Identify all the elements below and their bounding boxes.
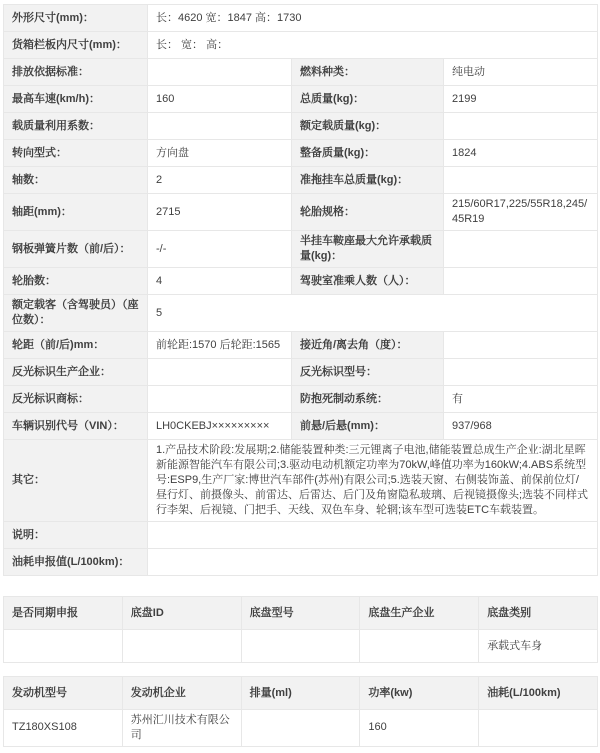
- spec-value: 长：4620 宽：1847 高：1730: [148, 5, 598, 32]
- table-row: 说明：: [4, 522, 598, 549]
- spec-value: 2: [148, 167, 292, 194]
- table-row: 轮距（前/后)mm： 前轮距:1570 后轮距:1565 接近角/离去角（度）：: [4, 332, 598, 359]
- spec-label: 轮距（前/后)mm：: [4, 332, 148, 359]
- table-cell: 苏州汇川技术有限公司: [122, 710, 241, 747]
- table-row: TZ180XS108 苏州汇川技术有限公司 160: [4, 710, 598, 747]
- spec-label: 轮胎数：: [4, 268, 148, 295]
- spec-value: 160: [148, 86, 292, 113]
- spec-value: [148, 59, 292, 86]
- spec-value: 长： 宽： 高：: [148, 32, 598, 59]
- spec-label: 前悬/后悬(mm)：: [292, 413, 444, 440]
- spec-value: [148, 549, 598, 576]
- table-row: 承载式车身: [4, 630, 598, 663]
- spec-label: 其它：: [4, 440, 148, 522]
- table-row: 轴距(mm)： 2715 轮胎规格： 215/60R17,225/55R18,2…: [4, 194, 598, 231]
- spec-label: 总质量(kg)：: [292, 86, 444, 113]
- vehicle-spec-table: 外形尺寸(mm)： 长：4620 宽：1847 高：1730 货箱栏板内尺寸(m…: [3, 4, 598, 576]
- vehicle-announcement-page: 外形尺寸(mm)： 长：4620 宽：1847 高：1730 货箱栏板内尺寸(m…: [0, 0, 600, 753]
- spec-value: 5: [148, 295, 598, 332]
- spec-label: 轴距(mm)：: [4, 194, 148, 231]
- spec-label: 钢板弹簧片数（前/后）：: [4, 231, 148, 268]
- table-header-row: 发动机型号 发动机企业 排量(ml) 功率(kw) 油耗(L/100km): [4, 677, 598, 710]
- table-cell: [122, 630, 241, 663]
- spec-label: 说明：: [4, 522, 148, 549]
- spec-label: 额定载质量(kg)：: [292, 113, 444, 140]
- table-row: 排放依据标准： 燃料种类： 纯电动: [4, 59, 598, 86]
- spec-label: 半挂车鞍座最大允许承载质量(kg)：: [292, 231, 444, 268]
- spec-value: [444, 231, 598, 268]
- spec-label: 防抱死制动系统：: [292, 386, 444, 413]
- spec-value: [148, 522, 598, 549]
- spec-value: -/-: [148, 231, 292, 268]
- spec-value-other: 1.产品技术阶段:发展期;2.储能装置种类:三元锂离子电池,储能装置总成生产企业…: [148, 440, 598, 522]
- table-row: 额定载客（含驾驶员）（座位数）： 5: [4, 295, 598, 332]
- spec-label: 反光标识商标：: [4, 386, 148, 413]
- table-row: 油耗申报值(L/100km)：: [4, 549, 598, 576]
- spec-label: 轴数：: [4, 167, 148, 194]
- engine-table: 发动机型号 发动机企业 排量(ml) 功率(kw) 油耗(L/100km) TZ…: [3, 676, 598, 747]
- spec-label: 最高车速(km/h)：: [4, 86, 148, 113]
- column-header: 发动机企业: [122, 677, 241, 710]
- table-cell: [360, 630, 479, 663]
- spec-label: 燃料种类：: [292, 59, 444, 86]
- table-cell: TZ180XS108: [4, 710, 123, 747]
- column-header: 功率(kw): [360, 677, 479, 710]
- column-header: 发动机型号: [4, 677, 123, 710]
- spec-label: 载质量利用系数：: [4, 113, 148, 140]
- spec-value: 2715: [148, 194, 292, 231]
- spec-label: 油耗申报值(L/100km)：: [4, 549, 148, 576]
- column-header: 底盘生产企业: [360, 597, 479, 630]
- spec-label: 反光标识生产企业：: [4, 359, 148, 386]
- spec-value: [444, 359, 598, 386]
- spec-label: 排放依据标准：: [4, 59, 148, 86]
- table-row: 其它： 1.产品技术阶段:发展期;2.储能装置种类:三元锂离子电池,储能装置总成…: [4, 440, 598, 522]
- table-cell: [241, 710, 360, 747]
- spec-label: 外形尺寸(mm)：: [4, 5, 148, 32]
- column-header: 是否同期申报: [4, 597, 123, 630]
- spec-value: 有: [444, 386, 598, 413]
- spec-label: 接近角/离去角（度）：: [292, 332, 444, 359]
- spec-label: 车辆识别代号（VIN）：: [4, 413, 148, 440]
- table-row: 轮胎数： 4 驾驶室准乘人数（人）：: [4, 268, 598, 295]
- spec-value-vin: LH0CKEBJ×××××××××: [148, 413, 292, 440]
- spec-value: 937/968: [444, 413, 598, 440]
- spec-value: 1824: [444, 140, 598, 167]
- spec-value: 215/60R17,225/55R18,245/45R19: [444, 194, 598, 231]
- spec-value: [148, 359, 292, 386]
- spec-label: 货箱栏板内尺寸(mm)：: [4, 32, 148, 59]
- spec-label: 准拖挂车总质量(kg)：: [292, 167, 444, 194]
- table-cell: [479, 710, 598, 747]
- spec-value: [444, 113, 598, 140]
- column-header: 底盘ID: [122, 597, 241, 630]
- spec-value: [444, 268, 598, 295]
- spec-value: 前轮距:1570 后轮距:1565: [148, 332, 292, 359]
- spec-value: 2199: [444, 86, 598, 113]
- table-row: 反光标识商标： 防抱死制动系统： 有: [4, 386, 598, 413]
- table-cell: 承载式车身: [479, 630, 598, 663]
- column-header: 底盘类别: [479, 597, 598, 630]
- spec-value: [444, 167, 598, 194]
- table-row: 外形尺寸(mm)： 长：4620 宽：1847 高：1730: [4, 5, 598, 32]
- column-header: 排量(ml): [241, 677, 360, 710]
- table-cell: 160: [360, 710, 479, 747]
- table-row: 最高车速(km/h)： 160 总质量(kg)： 2199: [4, 86, 598, 113]
- table-row: 反光标识生产企业： 反光标识型号：: [4, 359, 598, 386]
- table-cell: [4, 630, 123, 663]
- table-row: 轴数： 2 准拖挂车总质量(kg)：: [4, 167, 598, 194]
- spec-value: [148, 113, 292, 140]
- spec-value: 4: [148, 268, 292, 295]
- spec-label: 额定载客（含驾驶员）（座位数）：: [4, 295, 148, 332]
- spec-value: 方向盘: [148, 140, 292, 167]
- table-header-row: 是否同期申报 底盘ID 底盘型号 底盘生产企业 底盘类别: [4, 597, 598, 630]
- column-header: 油耗(L/100km): [479, 677, 598, 710]
- spec-label: 整备质量(kg)：: [292, 140, 444, 167]
- spec-label: 驾驶室准乘人数（人）：: [292, 268, 444, 295]
- spec-label: 反光标识型号：: [292, 359, 444, 386]
- table-row: 钢板弹簧片数（前/后）： -/- 半挂车鞍座最大允许承载质量(kg)：: [4, 231, 598, 268]
- spec-label: 轮胎规格：: [292, 194, 444, 231]
- table-cell: [241, 630, 360, 663]
- table-row: 转向型式： 方向盘 整备质量(kg)： 1824: [4, 140, 598, 167]
- spec-value: [148, 386, 292, 413]
- table-row: 载质量利用系数： 额定载质量(kg)：: [4, 113, 598, 140]
- spec-value: [444, 332, 598, 359]
- table-row: 货箱栏板内尺寸(mm)： 长： 宽： 高：: [4, 32, 598, 59]
- spec-value: 纯电动: [444, 59, 598, 86]
- table-row: 车辆识别代号（VIN）： LH0CKEBJ××××××××× 前悬/后悬(mm)…: [4, 413, 598, 440]
- column-header: 底盘型号: [241, 597, 360, 630]
- spec-label: 转向型式：: [4, 140, 148, 167]
